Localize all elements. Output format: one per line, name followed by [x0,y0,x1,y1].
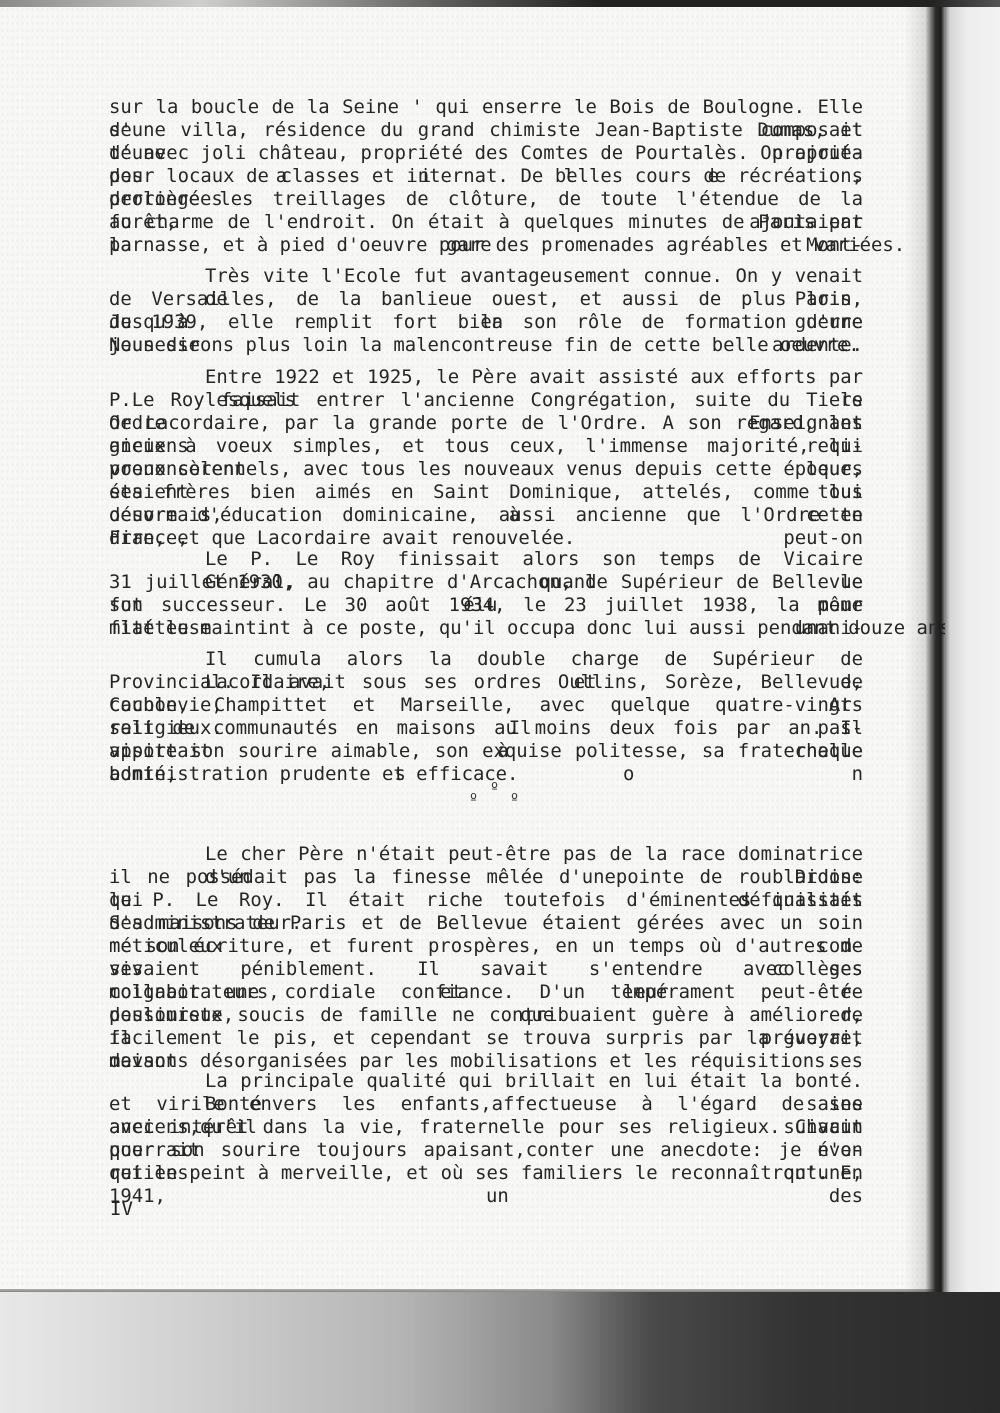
text-line: au charme de l'endroit. On était à quelq… [109,211,863,234]
text-line: derrière les treillages de clôture, de t… [109,188,863,211]
book-gutter-shadow [905,0,950,1292]
text-line: ses frères bien aimés en Saint Dominique… [109,481,863,504]
section-ornament-right: º [510,792,519,807]
page-number: IV [110,1198,133,1220]
text-line: de 1939, elle remplit fort bien son rôle… [109,311,863,334]
text-line: de Versailles, de la banlieue ouest, et … [109,288,863,311]
text-line-indented: Le P. Le Roy finissait alors son temps d… [205,548,863,571]
text-line: d'une villa, résidence du grand chimiste… [109,119,863,142]
text-line: cachon, Champittet et Marseille, avec qu… [109,694,863,717]
text-line: il ne possédait pas la finesse mêlée d'u… [109,866,863,889]
page-top-edge [0,0,1000,7]
text-line-indented: La principale qualité qui brillait en lu… [205,1070,863,1093]
text-line: me son écriture, et furent prospères, en… [109,935,863,958]
text-line: facilement le pis, et cependant se trouv… [109,1027,863,1050]
text-line: mité le maintint à ce poste, qu'il occup… [109,617,863,640]
text-line: oeuvre d'éducation dominicaine, aussi an… [109,504,863,527]
text-line-indented: Très vite l'Ecole fut avantageusement co… [205,265,863,288]
text-line: moignait une cordiale confiance. D'un te… [109,981,863,1004]
text-line: et virile envers les enfants,affectueuse… [109,1093,863,1116]
text-line: gieux à voeux simples, et tous ceux, l'i… [109,435,863,458]
text-line: quer son sourire toujours apaisant,conte… [109,1139,863,1162]
adjacent-page [945,6,1000,1292]
text-line: sur la boucle de la Seine ' qui enserre … [109,96,863,119]
text-line: 31 juillet 1930, au chapitre d'Arcachon,… [109,571,863,594]
text-line: P.Le Roy faisait entrer l'ancienne Congr… [109,389,863,412]
text-line-indented: Il cumula alors la double charge de Supé… [205,648,863,671]
text-line: voeux solennels, avec tous les nouveaux … [109,458,863,481]
section-ornament-left: º [469,792,478,807]
text-line: vivaient péniblement. Il savait s'entend… [109,958,863,981]
text-line: visite son sourire aimable, son exquise … [109,740,863,763]
text-line: le P. Le Roy. Il était riche toutefois d… [109,889,863,912]
text-line: douloureux soucis de famille ne contribu… [109,1004,863,1027]
text-line: qui le peint à merveille, et où ses fami… [109,1162,863,1185]
text-line: administration prudente et efficace. [109,763,863,786]
text-line: Provincial. Il avait sous ses ordres Oul… [109,671,863,694]
text-line: dire, et que Lacordaire avait renouvelée… [109,527,863,550]
document-page: sur la boucle de la Seine ' qui enserre … [0,6,937,1292]
text-line: de Lacordaire, par la grande porte de l'… [109,412,863,435]
section-ornament-top: º [490,781,499,796]
text-line: parnasse, et à pied d'oeuvre pour des pr… [109,234,863,257]
text-line: sait de communautés en maisons au moins … [109,717,863,740]
text-line-indented: Le cher Père n'était peut-être pas de la… [205,843,863,866]
text-line: pour locaux de classes et internat. De b… [109,165,863,188]
text-line: Nous dirons plus loin la malencontreuse … [109,334,863,357]
text-line-indented: Entre 1922 et 1925, le Père avait assist… [205,366,863,389]
text-line: té avec joli château, propriété des Comt… [109,142,863,165]
text-line: avec intérêt dans la vie, fraternelle po… [109,1116,863,1139]
text-line: Ses maisons de Paris et de Bellevue étai… [109,912,863,935]
scanner-background [0,1292,1000,1413]
text-line: son successeur. Le 30 août 1934, le 23 j… [109,594,863,617]
